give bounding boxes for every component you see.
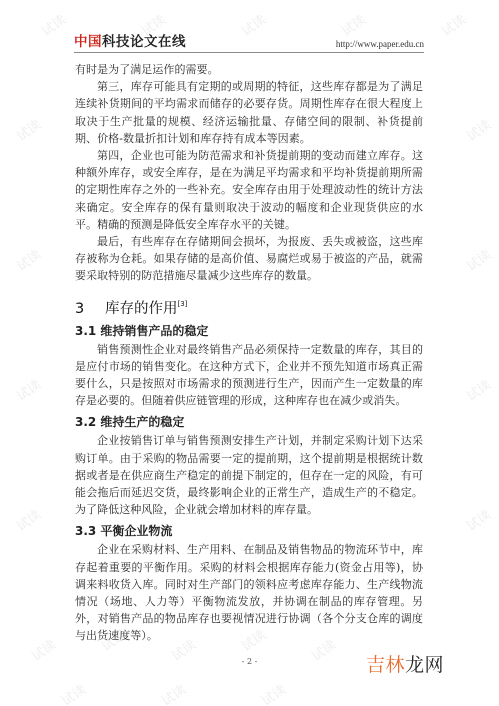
watermark: 试读 [257, 679, 289, 706]
watermark: 试读 [57, 679, 89, 706]
paragraph-continuation: 有时是为了满足运作的需要。 [75, 61, 423, 78]
brand-watermark-logo: 吉林龙网 [366, 650, 444, 677]
document-body: 有时是为了满足运作的需要。 第三，库存可能具有定期的或周期的特征，这些库存都是为… [75, 61, 423, 645]
watermark: 试读 [462, 504, 494, 534]
watermark: 试读 [12, 244, 44, 274]
watermark: 试读 [12, 114, 44, 144]
section-title: 库存的作用 [105, 301, 178, 317]
watermark: 试读 [157, 679, 189, 706]
brand-orange-text: 吉林 [366, 654, 405, 676]
brand-dark-text: 龙网 [405, 654, 444, 676]
watermark: 试读 [462, 374, 494, 404]
paragraph-last: 最后，有些库存在存储期间会损坏，为报废、丢失或被盗，这些库存被称为仓耗。如果存储… [75, 233, 423, 285]
watermark: 试读 [12, 504, 44, 534]
logo-red-text: 中国 [74, 34, 102, 50]
subsection-paragraph: 销售预测性企业对最终销售产品必须保持一定数量的库存，其目的是应付市场的销售变化。… [75, 341, 423, 410]
paragraph-third: 第三，库存可能具有定期的或周期的特征，这些库存都是为了满足连续补货期间的平均需求… [75, 78, 423, 147]
watermark: 试读 [462, 244, 494, 274]
watermark: 试读 [437, 9, 469, 39]
subsection-paragraph: 企业按销售订单与销售预测安排生产计划，并制定采购计划下达采购订单。由于采购的物品… [75, 432, 423, 518]
subsection-heading: 3.2 维持生产的稳定 [75, 414, 423, 430]
subsection-heading: 3.1 维持销售产品的稳定 [75, 323, 423, 339]
watermark: 试读 [462, 114, 494, 144]
site-logo: 中国科技论文在线 [74, 35, 186, 50]
citation-link[interactable]: [3] [178, 300, 188, 308]
watermark: 试读 [37, 9, 69, 39]
watermark: 试读 [12, 374, 44, 404]
logo-dark-text: 科技论文在线 [102, 34, 186, 50]
subsection-heading: 3.3 平衡企业物流 [75, 523, 423, 539]
section-number: 3 [75, 300, 105, 318]
header-url: http://www.paper.edu.cn [336, 39, 424, 49]
section-heading: 3库存的作用[3] [75, 295, 423, 318]
paragraph-fourth: 第四，企业也可能为防范需求和补货提前期的变动而建立库存。这种额外库存，或安全库存… [75, 147, 423, 233]
subsection-paragraph: 企业在采购材料、生产用料、在制品及销售物品的物流环节中，库存起着重要的平衡作用。… [75, 541, 423, 644]
page-header: 中国科技论文在线 http://www.paper.edu.cn [74, 35, 424, 53]
